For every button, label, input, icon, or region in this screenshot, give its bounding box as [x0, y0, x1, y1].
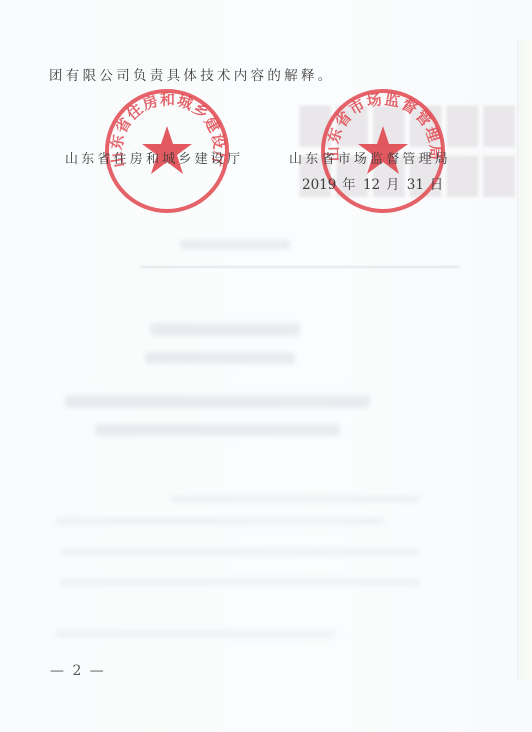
- date-month-unit: 月: [386, 177, 401, 193]
- bleed-through-line: [180, 240, 290, 249]
- page-number: — 2 —: [50, 663, 106, 679]
- bleed-through-line: [95, 424, 340, 436]
- bleed-through-line: [150, 323, 300, 336]
- bleed-through-rule: [140, 266, 460, 268]
- issuer-housing-department: 山东省住房和城乡建设厅: [65, 148, 243, 167]
- date-month: 12: [363, 177, 380, 193]
- body-text-line: 团有限公司负责具体技术内容的解释。: [49, 64, 335, 84]
- bleed-through-line: [65, 395, 370, 408]
- date-year-unit: 年: [342, 177, 357, 193]
- date-year: 2019: [302, 177, 336, 193]
- issuer-market-regulation-bureau: 山东省市场监督管理局: [289, 148, 451, 167]
- issue-date: 2019 年 12 月 31 日: [302, 173, 445, 193]
- document-page: ▇▇▇▇▇▇ ▇▇▇▇▇▇ 团有限公司负责具体技术内容的解释。 山东省住房和城乡…: [0, 0, 532, 732]
- bleed-through-line: [170, 495, 420, 503]
- bleed-through-line: [60, 578, 420, 586]
- bleed-through-line: [55, 517, 385, 525]
- date-day-unit: 日: [430, 177, 445, 193]
- date-day: 31: [407, 177, 424, 193]
- bleed-through-line: [145, 352, 295, 364]
- bleed-through-line: [60, 548, 420, 556]
- bleed-through-line: [55, 630, 335, 638]
